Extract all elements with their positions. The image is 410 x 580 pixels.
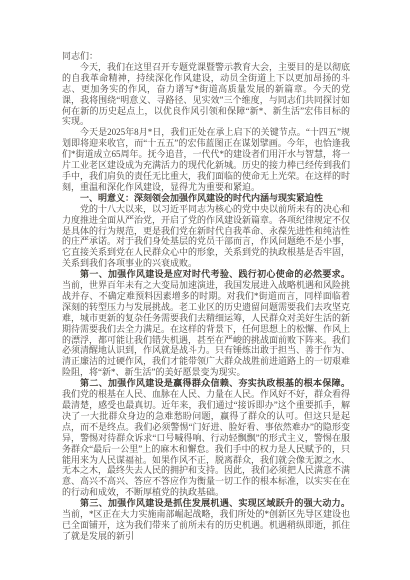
point-2-text: 我们党的根基在人民、血脉在人民、力量在人民。作风好不好，群众看得最清楚，感受也最… (62, 389, 350, 497)
point-1-lead: 第一、加强作风建设是应对时代考验、践行初心使命的必然要求。 (80, 269, 350, 279)
paragraph-context: 今天是2025年8月*日，我们正处在承上启下的关键节点。“十四五”规划即将迎来收… (62, 127, 350, 192)
document-content: 同志们： 今天，我们在这里召开专题党课暨警示教育大会，主要目的是以彻底的自我革命… (62, 51, 350, 542)
point-1-text: 当前，世界百年未有之大变局加速演进，我国发展进入战略机遇和风险挑战并存、不确定难… (62, 280, 350, 377)
section-1-point-1: 第一、加强作风建设是应对时代考验、践行初心使命的必然要求。当前，世界百年未有之大… (62, 269, 350, 378)
salutation: 同志们： (62, 51, 350, 62)
point-3-lead: 第三、加强作风建设是抓住发展机遇、实现区域跃升的强大动力。 (80, 498, 350, 508)
paragraph-opening: 今天，我们在这里召开专题党课暨警示教育大会，主要目的是以彻底的自我革命精神，持续… (62, 62, 350, 127)
section-1-overview: 党的十八大以来，以习近平同志为核心的党中央以前所未有的决心和力度推进全面从严治党… (62, 204, 350, 269)
section-1-heading: 一、明意义：深刻领会加强作风建设的时代内涵与现实紧迫性 (62, 193, 350, 204)
section-1-point-3: 第三、加强作风建设是抓住发展机遇、实现区域跃升的强大动力。当前，*区正在大力实施… (62, 498, 350, 542)
document-page: 同志们： 今天，我们在这里召开专题党课暨警示教育大会，主要目的是以彻底的自我革命… (0, 0, 410, 580)
point-2-lead: 第二、加强作风建设是赢得群众信赖、夯实执政根基的根本保障。 (80, 378, 350, 388)
point-3-text: 当前，*区正在大力实施南部崛起战略，我们所处的*创新区先导区建设也已全面铺开，这… (62, 509, 350, 541)
section-1-point-2: 第二、加强作风建设是赢得群众信赖、夯实执政根基的根本保障。我们党的根基在人民、血… (62, 378, 350, 498)
